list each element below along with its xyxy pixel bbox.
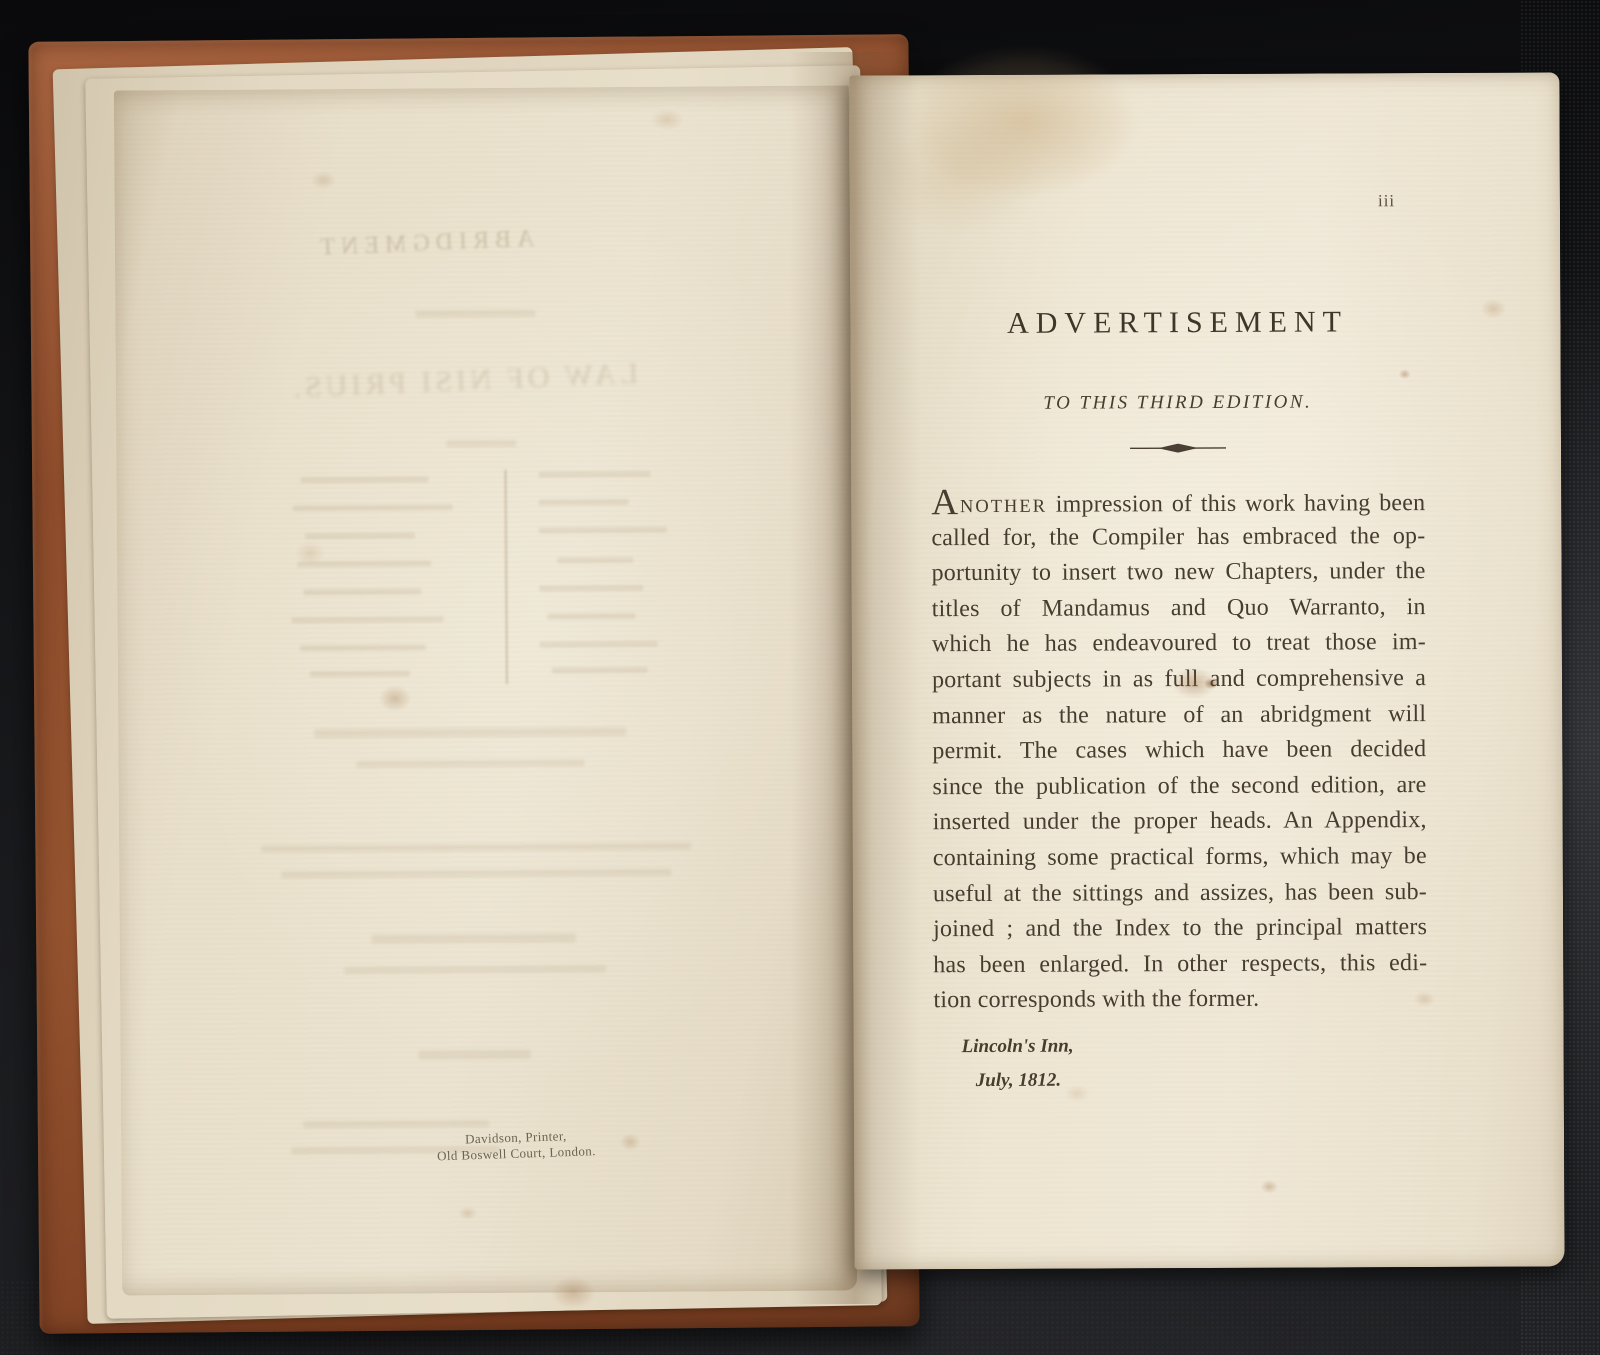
showthrough-chapter-list	[288, 468, 721, 685]
section-ornament	[931, 441, 1425, 455]
body-paragraph: ANOTHER impression of this work having b…	[931, 483, 1427, 1019]
showthrough-london-line	[419, 1050, 531, 1060]
showthrough-line	[344, 965, 606, 974]
showthrough-author-line	[356, 759, 584, 768]
body-line: called for, the Compiler has embraced th…	[931, 519, 1425, 557]
body-line: portant subjects in as full and comprehe…	[932, 661, 1426, 699]
showthrough-column-rule	[504, 470, 507, 684]
right-page: iii ADVERTISEMENT TO THIS THIRD EDITION.…	[849, 72, 1564, 1269]
book-photograph: ABRIDGMENT LAW OF NISI PRIUS. Davidson, …	[0, 0, 1600, 1355]
body-line: joined ; and the Index to the principal …	[933, 910, 1427, 948]
showthrough-title-text: ABRIDGMENT	[226, 222, 622, 266]
body-line: which he has endeavoured to treat those …	[932, 625, 1426, 663]
signature-place: Lincoln's Inn,	[962, 1036, 1074, 1058]
printer-imprint: Davidson, Printer, Old Boswell Court, Lo…	[418, 1127, 615, 1165]
showthrough-law-title-text: LAW OF NISI PRIUS.	[223, 354, 704, 408]
showthrough-line	[415, 310, 535, 318]
showthrough-line	[261, 843, 691, 853]
showthrough-line	[281, 869, 671, 879]
body-line: tion corresponds with the former.	[933, 981, 1427, 1019]
body-line: permit. The cases which have been decide…	[932, 732, 1426, 770]
body-line: containing some practical forms, which m…	[933, 839, 1427, 877]
body-line: since the publication of the second edit…	[932, 768, 1426, 806]
body-line: ANOTHER impression of this work having b…	[931, 483, 1425, 521]
body-line: inserted under the proper heads. An Appe…	[933, 803, 1427, 841]
page-number: iii	[1378, 191, 1438, 211]
body-line: useful at the sittings and assizes, has …	[933, 875, 1427, 913]
signature-date: July, 1812.	[976, 1070, 1061, 1092]
body-line: has been enlarged. In other respects, th…	[933, 946, 1427, 984]
lead-smallcaps: NOTHER	[960, 497, 1047, 517]
lead-capital: A	[931, 482, 960, 523]
diamond-rule-icon	[1130, 442, 1226, 454]
body-line: manner as the nature of an abridgment wi…	[932, 697, 1426, 735]
body-line: titles of Mandamus and Quo Warranto, in	[932, 590, 1426, 628]
left-page: ABRIDGMENT LAW OF NISI PRIUS. Davidson, …	[114, 85, 857, 1295]
showthrough-imprint-line	[303, 1120, 489, 1128]
advertisement-heading: ADVERTISEMENT	[930, 305, 1424, 341]
edition-subheading: TO THIS THIRD EDITION.	[931, 391, 1425, 415]
showthrough-edition-line	[372, 933, 576, 943]
body-line: portunity to insert two new Chapters, un…	[931, 554, 1425, 592]
showthrough-author-line	[314, 727, 626, 738]
showthrough-line	[446, 440, 516, 447]
